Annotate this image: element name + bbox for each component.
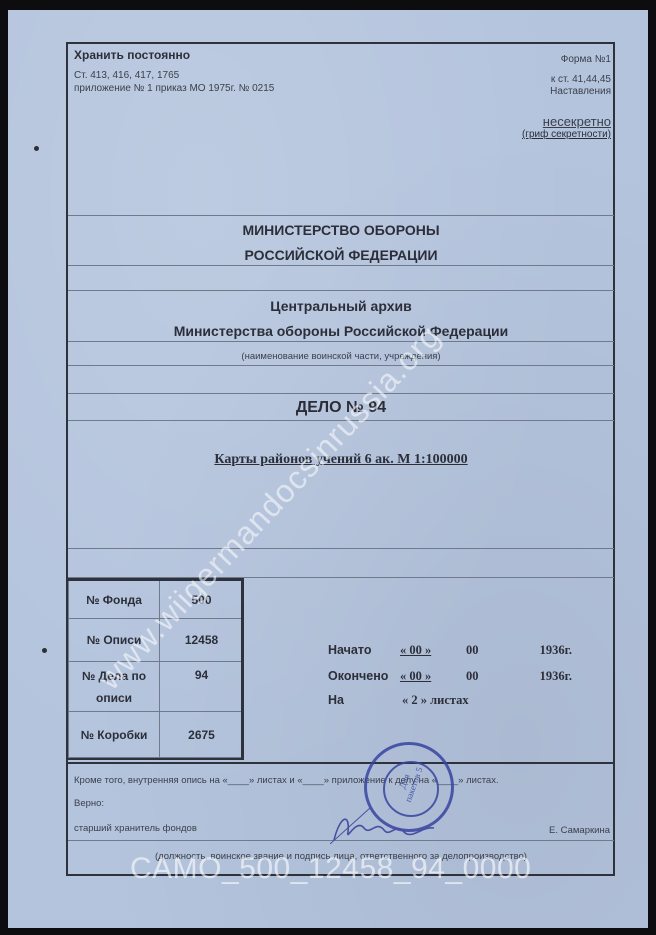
secrecy-classification: несекретно	[543, 114, 611, 129]
divider	[68, 265, 614, 266]
form-article-ref: к ст. 41,44,45	[551, 74, 611, 85]
divider	[68, 341, 614, 342]
custodian-name: Е. Самаркина	[549, 825, 610, 836]
divider	[68, 577, 614, 578]
articles-ref: Ст. 413, 416, 417, 1765	[74, 70, 179, 81]
order-ref: приложение № 1 приказ МО 1975г. № 0215	[74, 83, 274, 94]
institution-caption: (наименование воинской части, учреждения…	[68, 351, 614, 362]
delo-value: 94	[160, 662, 244, 712]
started-label: Начато	[328, 643, 371, 657]
form-source: Наставления	[550, 86, 611, 97]
signature	[330, 806, 450, 846]
table-row: № Коробки 2675	[69, 712, 244, 758]
started-day: « 00 »	[400, 643, 431, 657]
institution-line-1: Центральный архив	[68, 298, 614, 314]
retention-label: Хранить постоянно	[74, 48, 190, 62]
verified-label: Верно:	[74, 798, 104, 809]
custodian-position: старший хранитель фондов	[74, 823, 197, 834]
box-value: 2675	[160, 712, 244, 758]
started-date: « 00 » 00 1936г.	[400, 643, 572, 658]
institution-line-2: Министерства обороны Российской Федераци…	[68, 323, 614, 339]
ended-date: « 00 » 00 1936г.	[400, 669, 572, 684]
sheets-label: На	[328, 693, 344, 707]
box-label: № Коробки	[69, 712, 160, 758]
ended-label: Окончено	[328, 669, 388, 683]
watermark-file-id: CAMO_500_12458_94_0000	[130, 852, 531, 886]
ended-month: 00	[466, 669, 479, 684]
form-number: Форма №1	[561, 54, 611, 65]
scan-speck	[42, 648, 47, 653]
divider	[68, 393, 614, 394]
divider	[68, 762, 614, 764]
secrecy-caption: (гриф секретности)	[522, 129, 611, 140]
started-year: 1936г.	[540, 643, 572, 658]
ministry-line-1: МИНИСТЕРСТВО ОБОРОНЫ	[68, 222, 614, 238]
ministry-line-2: РОССИЙСКОЙ ФЕДЕРАЦИИ	[68, 247, 614, 263]
divider	[68, 548, 614, 549]
started-month: 00	[466, 643, 479, 658]
ended-year: 1936г.	[540, 669, 572, 684]
divider	[68, 365, 614, 366]
divider	[68, 215, 614, 216]
ended-day: « 00 »	[400, 669, 431, 683]
scan-speck	[34, 146, 39, 151]
divider	[68, 290, 614, 291]
sheets-count: « 2 » листах	[402, 693, 469, 708]
